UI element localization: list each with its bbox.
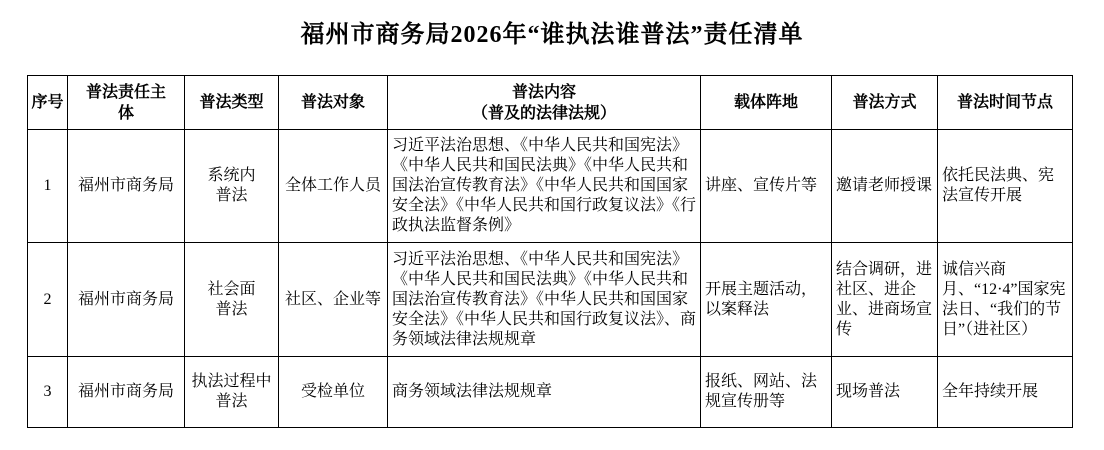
cell-serial-number: 3 — [28, 357, 68, 428]
cell-content: 商务领域法律法规规章 — [388, 357, 701, 428]
cell-responsibility-subject: 福州市商务局 — [68, 130, 185, 243]
header-cell-type: 普法类型 — [185, 76, 279, 130]
cell-method: 结合调研，进社区、进企业、进商场宣传 — [832, 243, 938, 357]
cell-content: 习近平法治思想、《中华人民共和国宪法》《中华人民共和国民法典》《中华人民共和国法… — [388, 130, 701, 243]
header-cell-carrier: 载体阵地 — [701, 76, 832, 130]
header-cell-target: 普法对象 — [279, 76, 388, 130]
table-row: 2 福州市商务局 社会面 普法 社区、企业等 习近平法治思想、《中华人民共和国宪… — [28, 243, 1073, 357]
table-header-row: 序号 普法责任主 体 普法类型 普法对象 普法内容 （普及的法律法规） 载体阵地… — [28, 76, 1073, 130]
header-cell-serial-number: 序号 — [28, 76, 68, 130]
cell-time-node: 全年持续开展 — [938, 357, 1073, 428]
header-cell-content: 普法内容 （普及的法律法规） — [388, 76, 701, 130]
cell-content: 习近平法治思想、《中华人民共和国宪法》《中华人民共和国民法典》《中华人民共和国法… — [388, 243, 701, 357]
header-cell-time-node: 普法时间节点 — [938, 76, 1073, 130]
cell-carrier: 开展主题活动，以案释法 — [701, 243, 832, 357]
cell-method: 邀请老师授课 — [832, 130, 938, 243]
cell-type: 社会面 普法 — [185, 243, 279, 357]
cell-target: 全体工作人员 — [279, 130, 388, 243]
responsibility-table: 序号 普法责任主 体 普法类型 普法对象 普法内容 （普及的法律法规） 载体阵地… — [27, 75, 1073, 428]
cell-target: 社区、企业等 — [279, 243, 388, 357]
cell-carrier: 讲座、宣传片等 — [701, 130, 832, 243]
cell-time-node: 诚信兴商月、“12·4”国家宪法日、“我们的节日”（进社区） — [938, 243, 1073, 357]
cell-serial-number: 2 — [28, 243, 68, 357]
cell-responsibility-subject: 福州市商务局 — [68, 357, 185, 428]
header-cell-responsibility-subject: 普法责任主 体 — [68, 76, 185, 130]
header-cell-method: 普法方式 — [832, 76, 938, 130]
cell-type: 执法过程中 普法 — [185, 357, 279, 428]
cell-carrier: 报纸、网站、法规宣传册等 — [701, 357, 832, 428]
table-row: 1 福州市商务局 系统内 普法 全体工作人员 习近平法治思想、《中华人民共和国宪… — [28, 130, 1073, 243]
cell-type: 系统内 普法 — [185, 130, 279, 243]
table-row: 3 福州市商务局 执法过程中 普法 受检单位 商务领域法律法规规章 报纸、网站、… — [28, 357, 1073, 428]
cell-target: 受检单位 — [279, 357, 388, 428]
cell-serial-number: 1 — [28, 130, 68, 243]
document-title: 福州市商务局2026年“谁执法谁普法”责任清单 — [0, 20, 1104, 50]
cell-method: 现场普法 — [832, 357, 938, 428]
table-body: 1 福州市商务局 系统内 普法 全体工作人员 习近平法治思想、《中华人民共和国宪… — [28, 130, 1073, 428]
document-page: 福州市商务局2026年“谁执法谁普法”责任清单 序号 普法责任主 体 普法类型 … — [0, 0, 1104, 450]
cell-responsibility-subject: 福州市商务局 — [68, 243, 185, 357]
cell-time-node: 依托民法典、宪法宣传开展 — [938, 130, 1073, 243]
